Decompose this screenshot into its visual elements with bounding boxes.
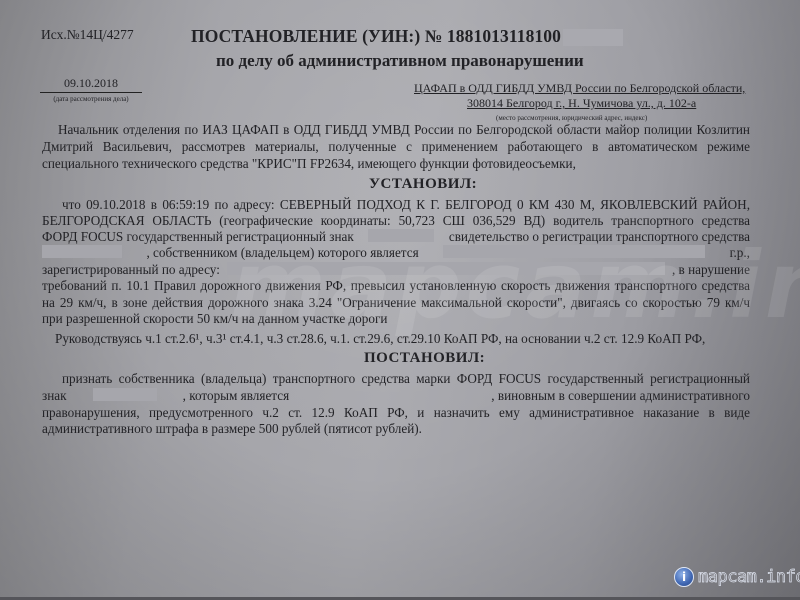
established-line-4: , собственником (владельцем) которого яв… <box>42 245 750 261</box>
established-line-3: ФОРД FOCUS государственный регистрационн… <box>42 229 750 245</box>
established-line-1: что 09.10.2018 в 06:59:19 по адресу: СЕВ… <box>62 197 750 213</box>
established-line-5: зарегистрированный по адресу: , в наруше… <box>42 262 750 278</box>
redacted-owner-2 <box>315 388 465 401</box>
authority-name: ЦАФАП в ОДД ГИБДД УМВД России по Белгоро… <box>414 81 745 96</box>
redacted-uin-suffix <box>563 29 623 46</box>
authority-address: 308014 Белгород г., Н. Чумичова ул., д. … <box>467 96 696 111</box>
redacted-owner-address <box>227 262 665 275</box>
established-line-7: на 29 км/ч, в зоне действия дорожного зн… <box>42 295 750 311</box>
authority-caption: (место рассмотрения, юридический адрес, … <box>496 114 647 122</box>
resolved-line-2: знак , которым является , виновным в сов… <box>42 388 750 404</box>
intro-line-3: специального технического средства "КРИС… <box>42 156 750 172</box>
document-subtitle: по делу об административном правонарушен… <box>216 51 584 71</box>
heading-resolved: ПОСТАНОВИЛ: <box>364 350 485 367</box>
intro-line-2: Дмитрий Васильевич, рассмотрев материалы… <box>42 139 750 155</box>
intro-line-1: Начальник отделения по ИАЗ ЦАФАП в ОДД Г… <box>58 122 750 138</box>
established-line-8: при разрешенной скорости 50 км/ч на данн… <box>42 311 750 327</box>
site-watermark-text: mapcam.info <box>698 567 800 587</box>
document-title: ПОСТАНОВЛЕНИЕ (УИН:) № 1881013118100 <box>191 26 623 47</box>
review-date-caption: (дата рассмотрения дела) <box>40 95 142 103</box>
resolved-line-4: административного штрафа в размере 500 р… <box>42 421 750 437</box>
outgoing-reference: Исх.№14Ц/4277 <box>41 27 134 43</box>
review-date: 09.10.2018 <box>40 76 142 93</box>
established-line-6: требований п. 10.1 Правил дорожного движ… <box>42 278 750 294</box>
resolved-line-3: правонарушения, предусмотренного ч.2 ст.… <box>42 405 750 421</box>
redacted-plate-2 <box>93 388 157 401</box>
redacted-plate <box>368 229 434 242</box>
established-line-2: БЕЛГОРОДСКАЯ ОБЛАСТЬ (географические коо… <box>42 213 750 229</box>
redacted-registration-cert <box>42 245 122 258</box>
site-watermark: i mapcam.info <box>674 567 800 587</box>
guided-by-line: Руководствуясь ч.1 ст.2.6¹, ч.3¹ ст.4.1,… <box>55 331 750 347</box>
heading-established: УСТАНОВИЛ: <box>369 176 477 193</box>
resolved-line-1: признать собственника (владельца) трансп… <box>62 371 750 387</box>
title-text: ПОСТАНОВЛЕНИЕ (УИН:) № 1881013118100 <box>191 26 561 46</box>
redacted-owner-name <box>443 245 705 258</box>
info-circle-icon: i <box>674 567 694 587</box>
